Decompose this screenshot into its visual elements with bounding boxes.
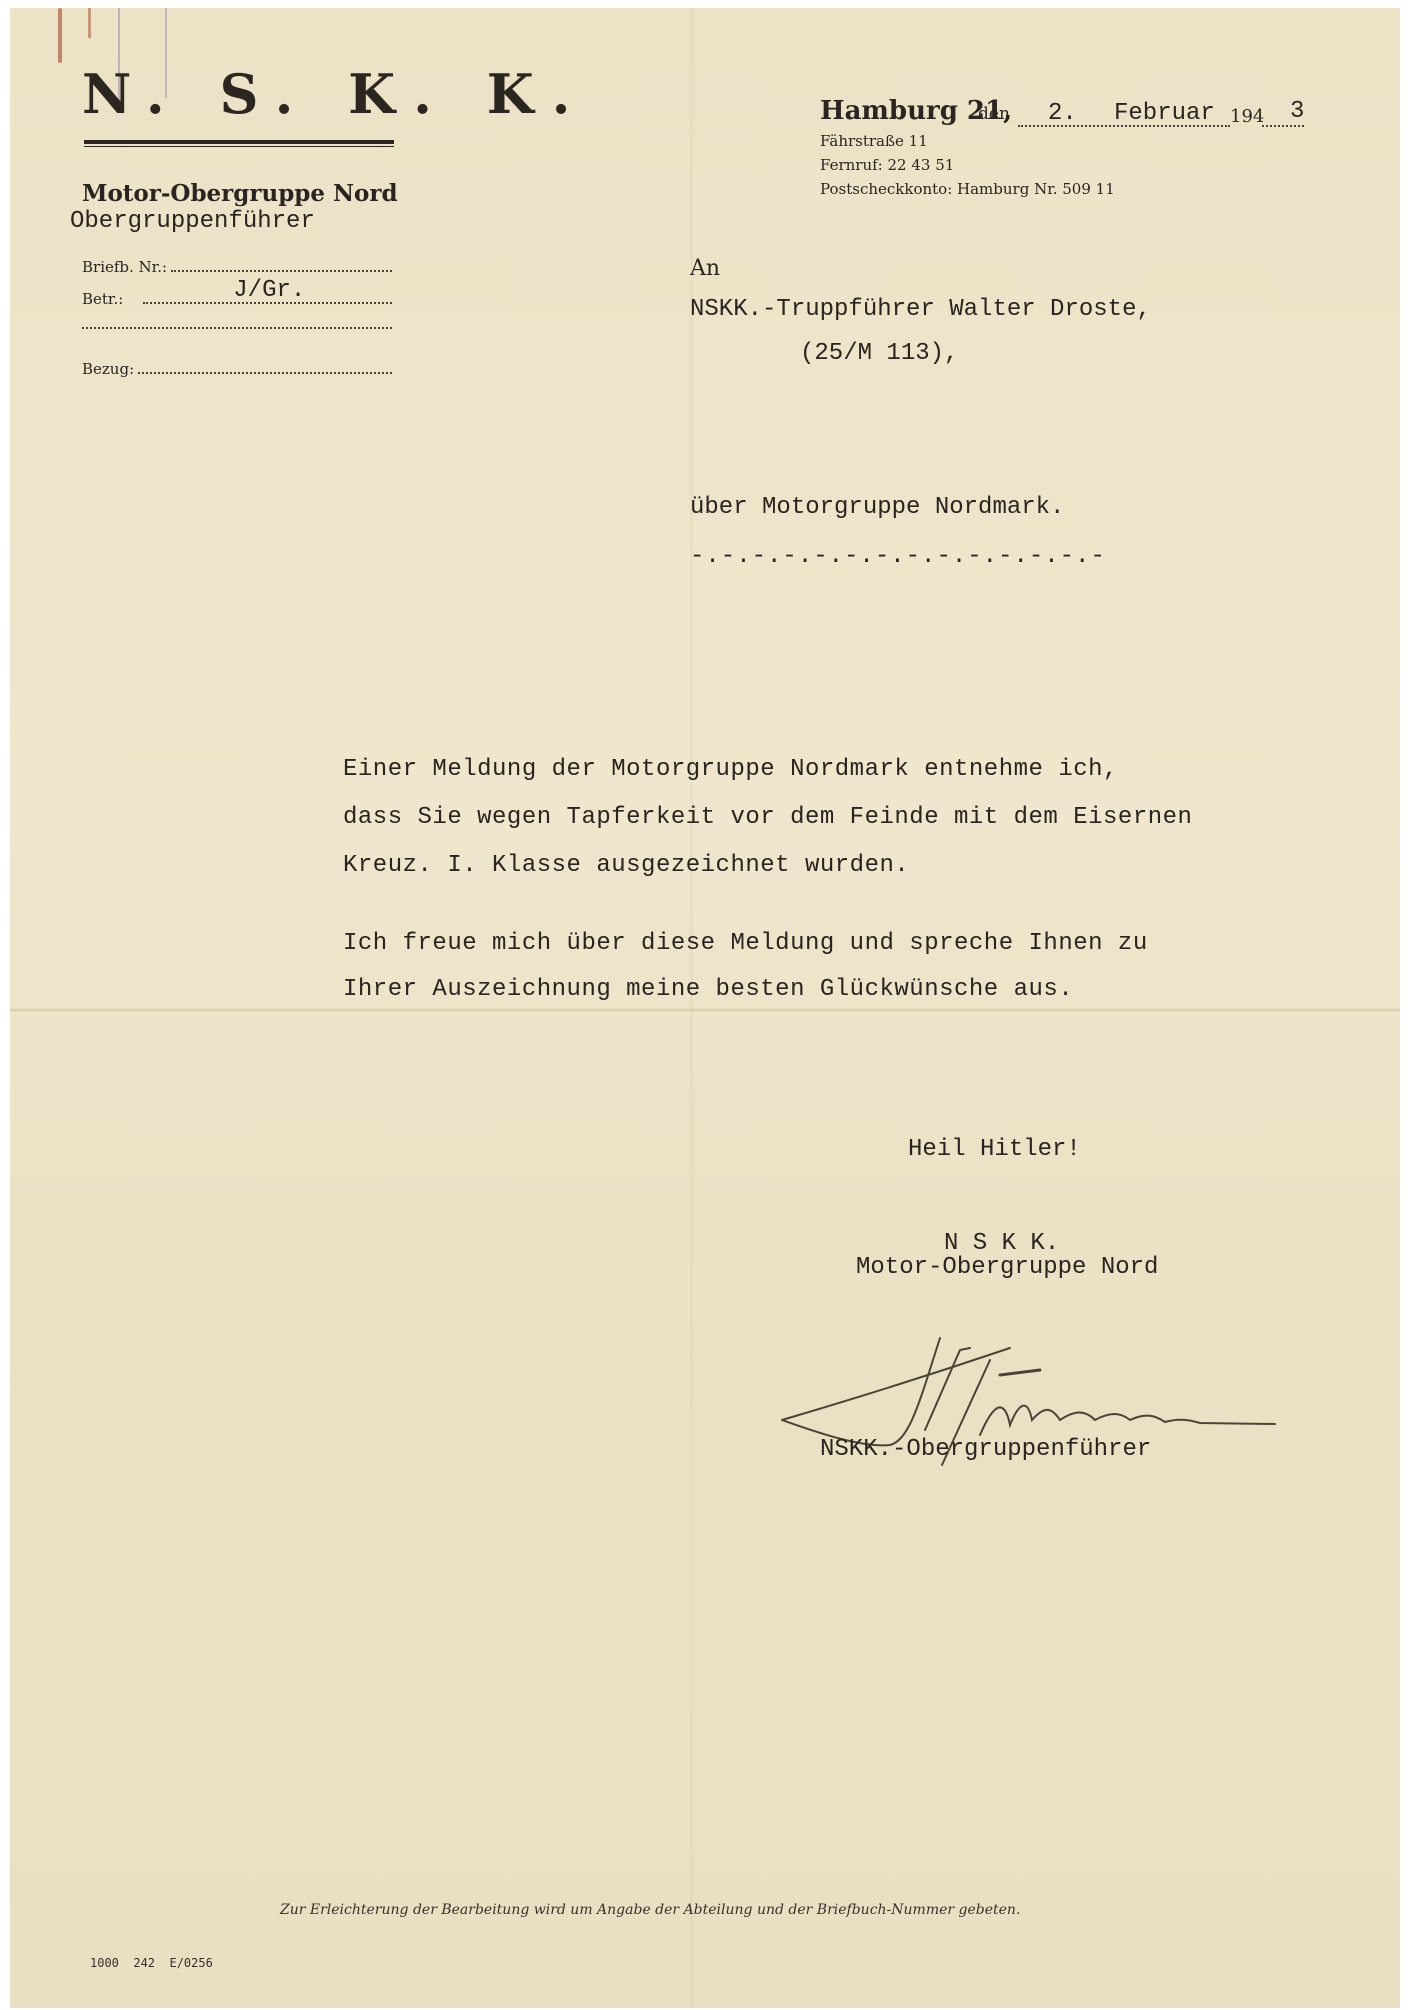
- recipient-unit: (25/M 113),: [800, 340, 958, 367]
- field-dotted-line: J/Gr.: [143, 301, 392, 304]
- date-year-prefix: 194: [1230, 106, 1264, 127]
- horizontal-fold-line: [10, 1008, 1400, 1012]
- recipient-via: über Motorgruppe Nordmark.: [690, 494, 1064, 521]
- footer-note: Zur Erleichterung der Bearbeitung wird u…: [280, 1902, 1020, 1918]
- phone-number: Fernruf: 22 43 51: [820, 156, 954, 174]
- signatory-title: NSKK.-Obergruppenführer: [820, 1436, 1151, 1463]
- field-dotted-line: [171, 269, 392, 272]
- body-line: Kreuz. I. Klasse ausgezeichnet wurden.: [343, 852, 909, 879]
- body-line: Einer Meldung der Motorgruppe Nordmark e…: [343, 756, 1118, 783]
- field-label: Briefb. Nr.:: [82, 258, 167, 276]
- field-label: Betr.:: [82, 290, 123, 308]
- body-line: Ihrer Auszeichnung meine besten Glückwün…: [343, 976, 1073, 1003]
- field-dotted-line: [82, 326, 392, 329]
- rust-stain: [58, 8, 62, 63]
- logo-underline: [84, 140, 394, 144]
- body-line: Ich freue mich über diese Meldung und sp…: [343, 930, 1148, 957]
- date-month: Februar: [1114, 100, 1215, 127]
- sub-organization: Obergruppenführer: [70, 208, 315, 235]
- rust-stain: [88, 8, 91, 38]
- date-day: 2.: [1048, 100, 1077, 127]
- den-label: den: [978, 104, 1010, 124]
- date-year-suffix: 3: [1290, 98, 1304, 125]
- field-blank: [82, 326, 392, 333]
- field-value: J/Gr.: [233, 277, 305, 304]
- closing-salutation: Heil Hitler!: [908, 1136, 1081, 1163]
- separator-line: -.-.-.-.-.-.-.-.-.-.-.-.-.-: [690, 543, 1106, 570]
- field-bezug: Bezug:: [82, 360, 392, 378]
- print-code: 1000 242 E/0256: [90, 1956, 213, 1970]
- recipient-prefix: An: [690, 256, 720, 281]
- recipient-name: NSKK.-Truppführer Walter Droste,: [690, 296, 1151, 323]
- organization-name: Motor-Obergruppe Nord: [82, 180, 398, 207]
- street-address: Fährstraße 11: [820, 132, 928, 150]
- postal-account: Postscheckkonto: Hamburg Nr. 509 11: [820, 180, 1115, 198]
- field-betreff: Betr.: J/Gr.: [82, 290, 392, 308]
- logo-underline-thin: [84, 146, 394, 147]
- field-dotted-line: [138, 371, 392, 374]
- closing-org-name: Motor-Obergruppe Nord: [856, 1254, 1158, 1281]
- field-briefbuch-nr: Briefb. Nr.:: [82, 258, 392, 276]
- closing-org-abbrev: N S K K.: [944, 1230, 1059, 1257]
- field-label: Bezug:: [82, 360, 134, 378]
- organization-logo: N. S. K. K.: [82, 62, 588, 126]
- body-line: dass Sie wegen Tapferkeit vor dem Feinde…: [343, 804, 1192, 831]
